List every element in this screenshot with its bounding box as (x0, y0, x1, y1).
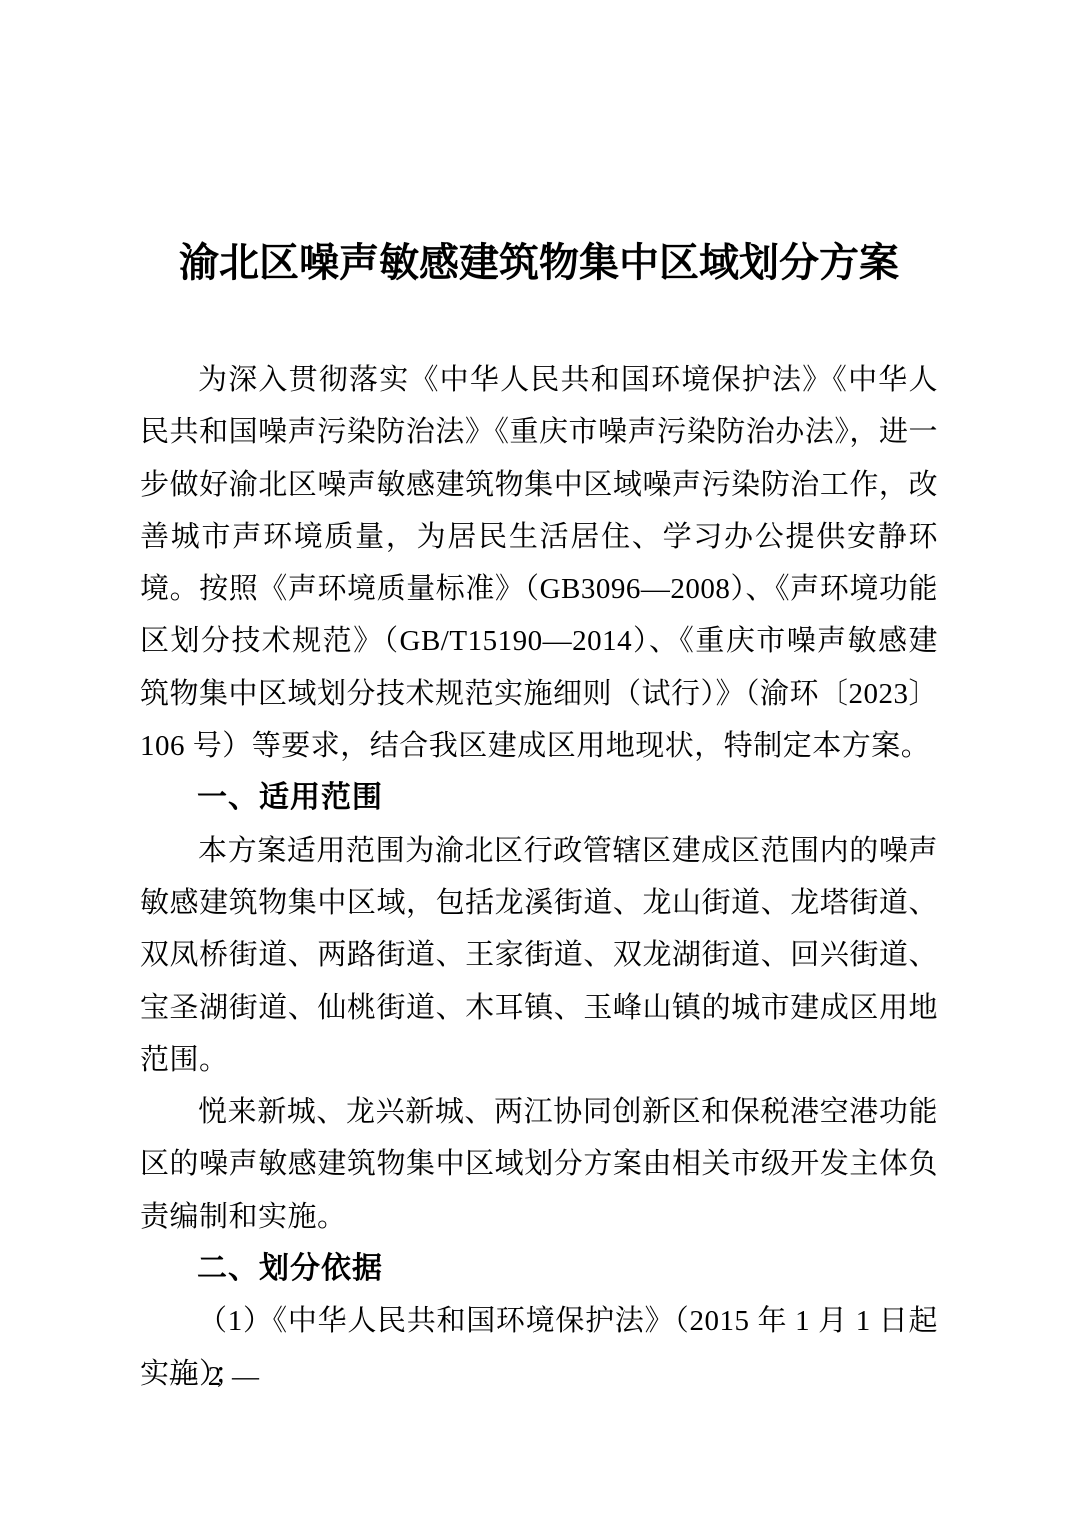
section-heading-scope: 一、适用范围 (140, 772, 938, 824)
paragraph-intro: 为深入贯彻落实《中华人民共和国环境保护法》《中华人民共和国噪声污染防治法》《重庆… (140, 354, 938, 772)
section-heading-basis: 二、划分依据 (140, 1243, 938, 1295)
document-content: 渝北区噪声敏感建筑物集中区域划分方案 为深入贯彻落实《中华人民共和国环境保护法》… (140, 238, 938, 1400)
paragraph-scope-newtowns: 悦来新城、龙兴新城、两江协同创新区和保税港空港功能区的噪声敏感建筑物集中区域划分… (140, 1086, 938, 1243)
paragraph-scope-streets: 本方案适用范围为渝北区行政管辖区建成区范围内的噪声敏感建筑物集中区域，包括龙溪街… (140, 825, 938, 1086)
page-number: — 2 — (170, 1360, 261, 1392)
document-title: 渝北区噪声敏感建筑物集中区域划分方案 (140, 238, 938, 288)
document-page: 渝北区噪声敏感建筑物集中区域划分方案 为深入贯彻落实《中华人民共和国环境保护法》… (0, 0, 1074, 1520)
